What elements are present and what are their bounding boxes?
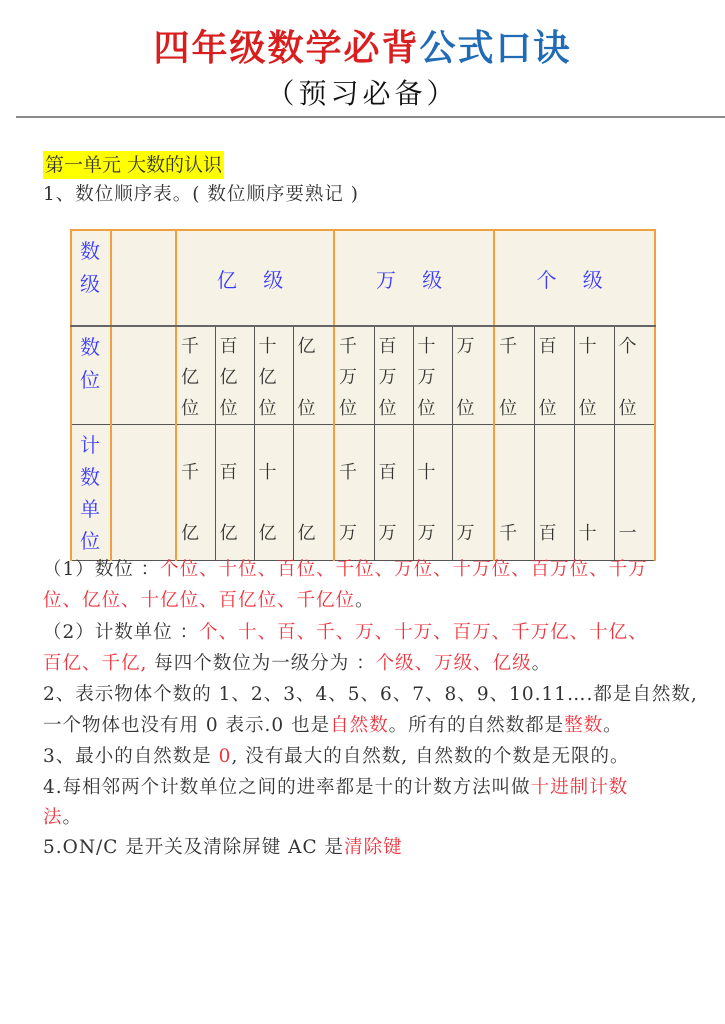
- cell-text: 千: [499, 519, 517, 545]
- cell-text: 亿: [259, 362, 293, 393]
- unit-cell: 十亿: [254, 425, 293, 561]
- cell-text: 亿: [298, 331, 334, 362]
- cell-text: 十: [259, 331, 293, 362]
- note-place-line-2: 位、亿位、十亿位、百亿位、千亿位。: [43, 586, 375, 616]
- unit-cell: 十万: [413, 425, 452, 561]
- cell-text: [539, 362, 574, 393]
- place-cell: 十位: [574, 326, 614, 425]
- punct: 。: [603, 715, 623, 736]
- unit-cell: 百万: [374, 425, 413, 561]
- note-place-line-1: （1）数位 ：个位、十位、百位、千位、万位、十万位、百万位、千万: [43, 555, 648, 585]
- highlight: 个位、十位、百位、千位、万位、十万位、百万位、千万: [160, 559, 648, 580]
- cell-text: [499, 362, 534, 393]
- place-cell: 百亿位: [215, 326, 254, 425]
- place-cell: 亿位: [293, 326, 334, 425]
- cell-text: 百: [539, 519, 557, 545]
- cell-text: 千: [181, 331, 215, 362]
- place-cell: 千位: [494, 326, 534, 425]
- cell-text: 亿: [259, 519, 277, 545]
- group-yi: 亿 级: [176, 230, 334, 326]
- char: 位: [80, 364, 110, 397]
- highlight: 0: [219, 746, 232, 767]
- unit-cell: 千: [494, 425, 534, 561]
- cell-text: 亿: [220, 362, 254, 393]
- place-cell: 百万位: [374, 326, 413, 425]
- cell-text: 位: [539, 393, 574, 424]
- item-5: 5.ON/C 是开关及清除屏键 AC 是清除键: [43, 833, 403, 863]
- cell-text: 个: [619, 331, 655, 362]
- row-head-place: 数 位: [71, 326, 111, 425]
- highlight: 清除键: [344, 837, 403, 858]
- cell-text: 位: [418, 393, 452, 424]
- cell-text: 十: [418, 458, 436, 484]
- text: , 没有最大的自然数, 自然数的个数是无限的。: [231, 746, 629, 767]
- cell-text: 位: [339, 393, 374, 424]
- unit-cell: 万: [452, 425, 494, 561]
- unit-cell: 百亿: [215, 425, 254, 561]
- cell-text: 位: [220, 393, 254, 424]
- unit-cell: 千万: [334, 425, 374, 561]
- char: 位: [80, 525, 110, 557]
- cell-text: 位: [579, 393, 614, 424]
- cell-text: 百: [539, 331, 574, 362]
- label: （2）计数单位 ：: [43, 622, 199, 643]
- text: 4.每相邻两个计数单位之间的进率都是十的计数方法叫做: [43, 777, 531, 798]
- title-blue: 公式口诀: [420, 27, 572, 69]
- cell-text: 万: [379, 519, 397, 545]
- cell-text: 十: [418, 331, 452, 362]
- cell-text: [298, 362, 334, 393]
- blank-cell: [111, 425, 176, 561]
- cell-text: [457, 362, 494, 393]
- unit-cell: 千亿: [176, 425, 215, 561]
- cell-text: 万: [457, 519, 475, 545]
- cell-text: 万: [339, 362, 374, 393]
- cell-text: 位: [379, 393, 413, 424]
- cell-text: 十: [579, 331, 614, 362]
- cell-text: 一: [619, 519, 637, 545]
- unit-cell: 亿: [293, 425, 334, 561]
- note-unit-line-1: （2）计数单位 ：个、十、百、千、万、十万、百万、千万亿、十亿、: [43, 618, 648, 648]
- place-cell: 万位: [452, 326, 494, 425]
- cell-text: 位: [457, 393, 494, 424]
- cell-text: 万: [379, 362, 413, 393]
- row-head-unit: 计 数 单 位: [71, 425, 111, 561]
- text: 3、最小的自然数是: [43, 746, 219, 767]
- blank-cell: [111, 326, 176, 425]
- item-4-line-1: 4.每相邻两个计数单位之间的进率都是十的计数方法叫做十进制计数: [43, 773, 628, 803]
- cell-text: 位: [619, 393, 655, 424]
- item-2-line-1: 2、表示物体个数的 1、2、3、4、5、6、7、8、9、10.11….都是自然数…: [43, 680, 698, 710]
- unit-cell: 一: [614, 425, 655, 561]
- cell-text: 百: [379, 458, 397, 484]
- place-cell: 十亿位: [254, 326, 293, 425]
- char: 单: [80, 493, 110, 525]
- row-head-level: 数 级: [71, 230, 111, 326]
- item-4-line-2: 法。: [43, 803, 82, 833]
- cell-text: 千: [339, 458, 357, 484]
- cell-text: 位: [181, 393, 215, 424]
- highlight: 百亿、千亿,: [43, 653, 147, 674]
- note-unit-line-2: 百亿、千亿, 每四个数位为一级分为 ：个级、万级、亿级。: [43, 649, 551, 679]
- highlight: 位、亿位、十亿位、百亿位、千亿位: [43, 590, 355, 611]
- cell-text: 亿: [298, 519, 316, 545]
- cell-text: 十: [259, 458, 277, 484]
- char: 计: [80, 429, 110, 461]
- cell-text: 位: [259, 393, 293, 424]
- item-3: 3、最小的自然数是 0, 没有最大的自然数, 自然数的个数是无限的。: [43, 742, 629, 772]
- highlight: 自然数: [330, 715, 389, 736]
- unit-cell: 十: [574, 425, 614, 561]
- place-cell: 千亿位: [176, 326, 215, 425]
- char: 数: [80, 235, 110, 268]
- place-cell: 千万位: [334, 326, 374, 425]
- cell-text: [579, 362, 614, 393]
- unit-heading: 第一单元 大数的认识: [43, 151, 224, 179]
- cell-text: [619, 362, 655, 393]
- highlight: 十进制计数: [531, 777, 629, 798]
- cell-text: 万: [339, 519, 357, 545]
- unit-row: 计 数 单 位 千亿 百亿 十亿 亿 千万 百万 十万 万 千 百 十 一: [71, 425, 655, 561]
- highlight: 个、十、百、千、万、十万、百万、千万亿、十亿、: [199, 622, 648, 643]
- punct: 。: [532, 653, 552, 674]
- cell-text: 万: [418, 362, 452, 393]
- punct: 。: [355, 590, 375, 611]
- char: 级: [80, 268, 110, 301]
- text: 5.ON/C 是开关及清除屏键 AC 是: [43, 837, 344, 858]
- highlight: 法: [43, 807, 63, 828]
- text: 一个物体也没有用 0 表示.0 也是: [43, 715, 330, 736]
- cell-text: 亿: [220, 519, 238, 545]
- cell-text: 亿: [181, 519, 199, 545]
- level-row: 数 级 亿 级 万 级 个 级: [71, 230, 655, 326]
- cell-text: 千: [181, 458, 199, 484]
- place-cell: 十万位: [413, 326, 452, 425]
- page-title: 四年级数学必背公式口诀: [0, 26, 725, 70]
- place-row: 数 位 千亿位 百亿位 十亿位 亿位 千万位 百万位 十万位 万位 千位 百位 …: [71, 326, 655, 425]
- place-cell: 百位: [534, 326, 574, 425]
- label: （1）数位 ：: [43, 559, 160, 580]
- blank-cell: [111, 230, 176, 326]
- group-wan: 万 级: [334, 230, 494, 326]
- cell-text: 万: [457, 331, 494, 362]
- text: 每四个数位为一级分为 ：: [147, 653, 375, 674]
- header-divider: [16, 116, 725, 118]
- place-value-table: 数 级 亿 级 万 级 个 级 数 位 千亿位 百亿位 十亿位 亿位 千万位 百…: [70, 229, 656, 561]
- cell-text: 万: [418, 519, 436, 545]
- place-cell: 个位: [614, 326, 655, 425]
- cell-text: 位: [499, 393, 534, 424]
- cell-text: 十: [579, 519, 597, 545]
- cell-text: 亿: [181, 362, 215, 393]
- cell-text: 百: [379, 331, 413, 362]
- cell-text: 百: [220, 331, 254, 362]
- item-2-line-2: 一个物体也没有用 0 表示.0 也是自然数。所有的自然数都是整数。: [43, 711, 623, 741]
- unit-cell: 百: [534, 425, 574, 561]
- highlight: 整数: [564, 715, 603, 736]
- cell-text: 千: [499, 331, 534, 362]
- cell-text: 百: [220, 458, 238, 484]
- title-red: 四年级数学必背: [153, 27, 419, 69]
- char: 数: [80, 461, 110, 493]
- cell-text: 位: [298, 393, 334, 424]
- item-1: 1、数位顺序表。( 数位顺序要熟记 ): [43, 180, 359, 210]
- char: 数: [80, 331, 110, 364]
- highlight: 个级、万级、亿级: [376, 653, 532, 674]
- punct: 。: [63, 807, 83, 828]
- page-subtitle: （预习必备）: [0, 74, 725, 114]
- group-ge: 个 级: [494, 230, 655, 326]
- cell-text: 千: [339, 331, 374, 362]
- text: 。所有的自然数都是: [389, 715, 565, 736]
